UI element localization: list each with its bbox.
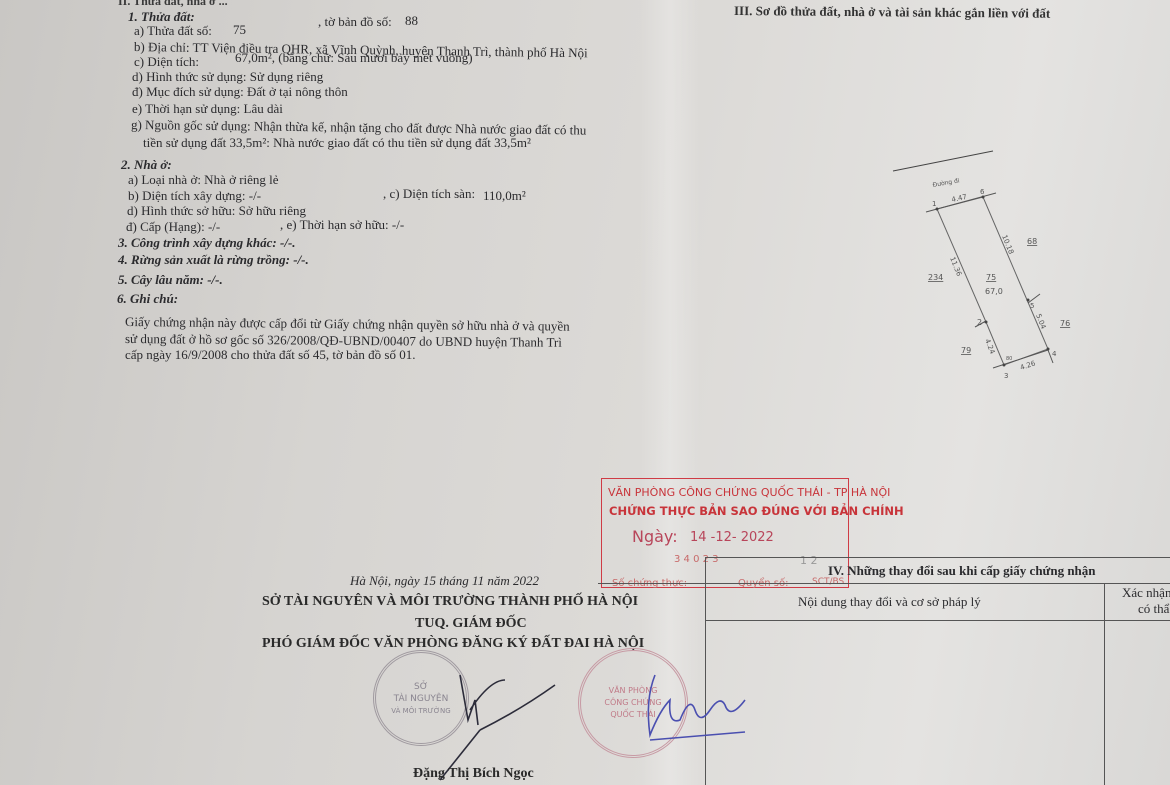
table-col-changes: Nội dung thay đổi và cơ sở pháp lý — [798, 594, 981, 609]
ownership-form: d) Hình thức sở hữu: Sở hữu riêng — [127, 203, 306, 218]
svg-text:5: 5 — [1030, 302, 1034, 310]
origin-line-2: tiền sử dụng đất 33,5m²: Nhà nước giao đ… — [143, 135, 531, 150]
road-label: Đường đi — [932, 177, 960, 189]
use-form: d) Hình thức sử dụng: Sử dụng riêng — [132, 69, 323, 84]
notes-heading: 6. Ghi chú: — [117, 291, 178, 306]
floor-area-label: , c) Diện tích sàn: — [383, 186, 475, 201]
svg-text:234: 234 — [928, 273, 943, 282]
notary-book-number: 1 2 — [800, 554, 818, 567]
signer-name: Đặng Thị Bích Ngọc — [413, 766, 534, 782]
floor-area-value: 110,0m² — [483, 188, 526, 203]
notes-line-3: cấp ngày 16/9/2008 cho thửa đất số 45, t… — [125, 347, 416, 362]
parcel-diagram: Đường đi 1 6 5 4 3 2 4.47 10.18 5.04 4.2… — [880, 140, 1100, 390]
map-sheet-number: 88 — [405, 13, 418, 28]
build-area: b) Diện tích xây dựng: -/- — [128, 188, 261, 203]
svg-text:1: 1 — [932, 200, 936, 208]
signing-authority: TUQ. GIÁM ĐỐC — [415, 616, 527, 632]
svg-text:75: 75 — [986, 273, 996, 282]
use-purpose: đ) Mục đích sử dụng: Đất ở tại nông thôn — [132, 84, 348, 99]
signing-department: SỞ TÀI NGUYÊN VÀ MÔI TRƯỜNG THÀNH PHỐ HÀ… — [262, 594, 638, 610]
table-column-divider — [1104, 583, 1105, 785]
svg-text:4.26: 4.26 — [1019, 359, 1037, 372]
svg-text:2: 2 — [977, 318, 982, 327]
notary-date: 14 -12- 2022 — [690, 530, 774, 545]
map-sheet-label: , tờ bản đồ số: — [318, 14, 392, 29]
forest: 4. Rừng sản xuất là rừng trồng: -/-. — [118, 252, 309, 267]
svg-text:79: 79 — [961, 346, 971, 355]
signing-date: Hà Nội, ngày 15 tháng 11 năm 2022 — [350, 573, 539, 588]
svg-text:68: 68 — [1027, 237, 1037, 246]
land-heading: 1. Thửa đất: — [128, 9, 195, 24]
table-header-border — [598, 583, 1170, 584]
house-heading: 2. Nhà ở: — [121, 157, 172, 172]
area-value: 67,0m², (bằng chữ: Sáu mươi bảy mét vuôn… — [235, 50, 473, 65]
notary-office: VĂN PHÒNG CÔNG CHỨNG QUỐC THÁI - TP HÀ N… — [608, 486, 890, 499]
section-4-title: IV. Những thay đổi sau khi cấp giấy chứn… — [828, 563, 1096, 578]
svg-text:80: 80 — [1006, 356, 1012, 362]
svg-text:67,0: 67,0 — [985, 287, 1003, 296]
notary-book-code: SCT/BS — [812, 577, 844, 587]
use-term: e) Thời hạn sử dụng: Lâu dài — [132, 101, 283, 116]
house-type: a) Loại nhà ở: Nhà ở riêng lẻ — [128, 172, 279, 187]
ownership-term: , e) Thời hạn sở hữu: -/- — [280, 217, 404, 232]
svg-text:4: 4 — [1052, 350, 1057, 358]
table-row-border — [705, 620, 1170, 621]
svg-text:6: 6 — [980, 188, 985, 196]
area-label: c) Diện tích: — [134, 54, 199, 69]
section-3-title: III. Sơ đồ thửa đất, nhà ở và tài sản kh… — [734, 3, 1050, 22]
house-grade: đ) Cấp (Hạng): -/- — [126, 219, 220, 234]
perennial-trees: 5. Cây lâu năm: -/-. — [118, 272, 223, 287]
notary-date-label: Ngày: — [632, 527, 678, 546]
svg-text:10.18: 10.18 — [1000, 234, 1015, 256]
svg-text:76: 76 — [1060, 319, 1070, 328]
table-top-border — [705, 557, 1170, 558]
svg-text:11.36: 11.36 — [948, 256, 963, 278]
parcel-label: a) Thửa đất số: — [134, 23, 212, 38]
signature-marks — [350, 640, 770, 785]
table-col-confirm-1: Xác nhận — [1122, 585, 1170, 600]
section-2-header: II. Thửa đất, nhà ở ... — [118, 0, 228, 9]
parcel-number: 75 — [233, 22, 246, 37]
notary-cert-number: 3 4 0 2 3 — [674, 554, 719, 565]
notary-cert-text: CHỨNG THỰC BẢN SAO ĐÚNG VỚI BẢN CHÍNH — [609, 504, 904, 518]
svg-text:4.24: 4.24 — [983, 338, 996, 356]
svg-text:3: 3 — [1004, 372, 1008, 380]
svg-text:4.47: 4.47 — [951, 193, 968, 204]
table-col-confirm-2: có thẩ — [1138, 601, 1169, 616]
other-works: 3. Công trình xây dựng khác: -/-. — [118, 235, 296, 250]
